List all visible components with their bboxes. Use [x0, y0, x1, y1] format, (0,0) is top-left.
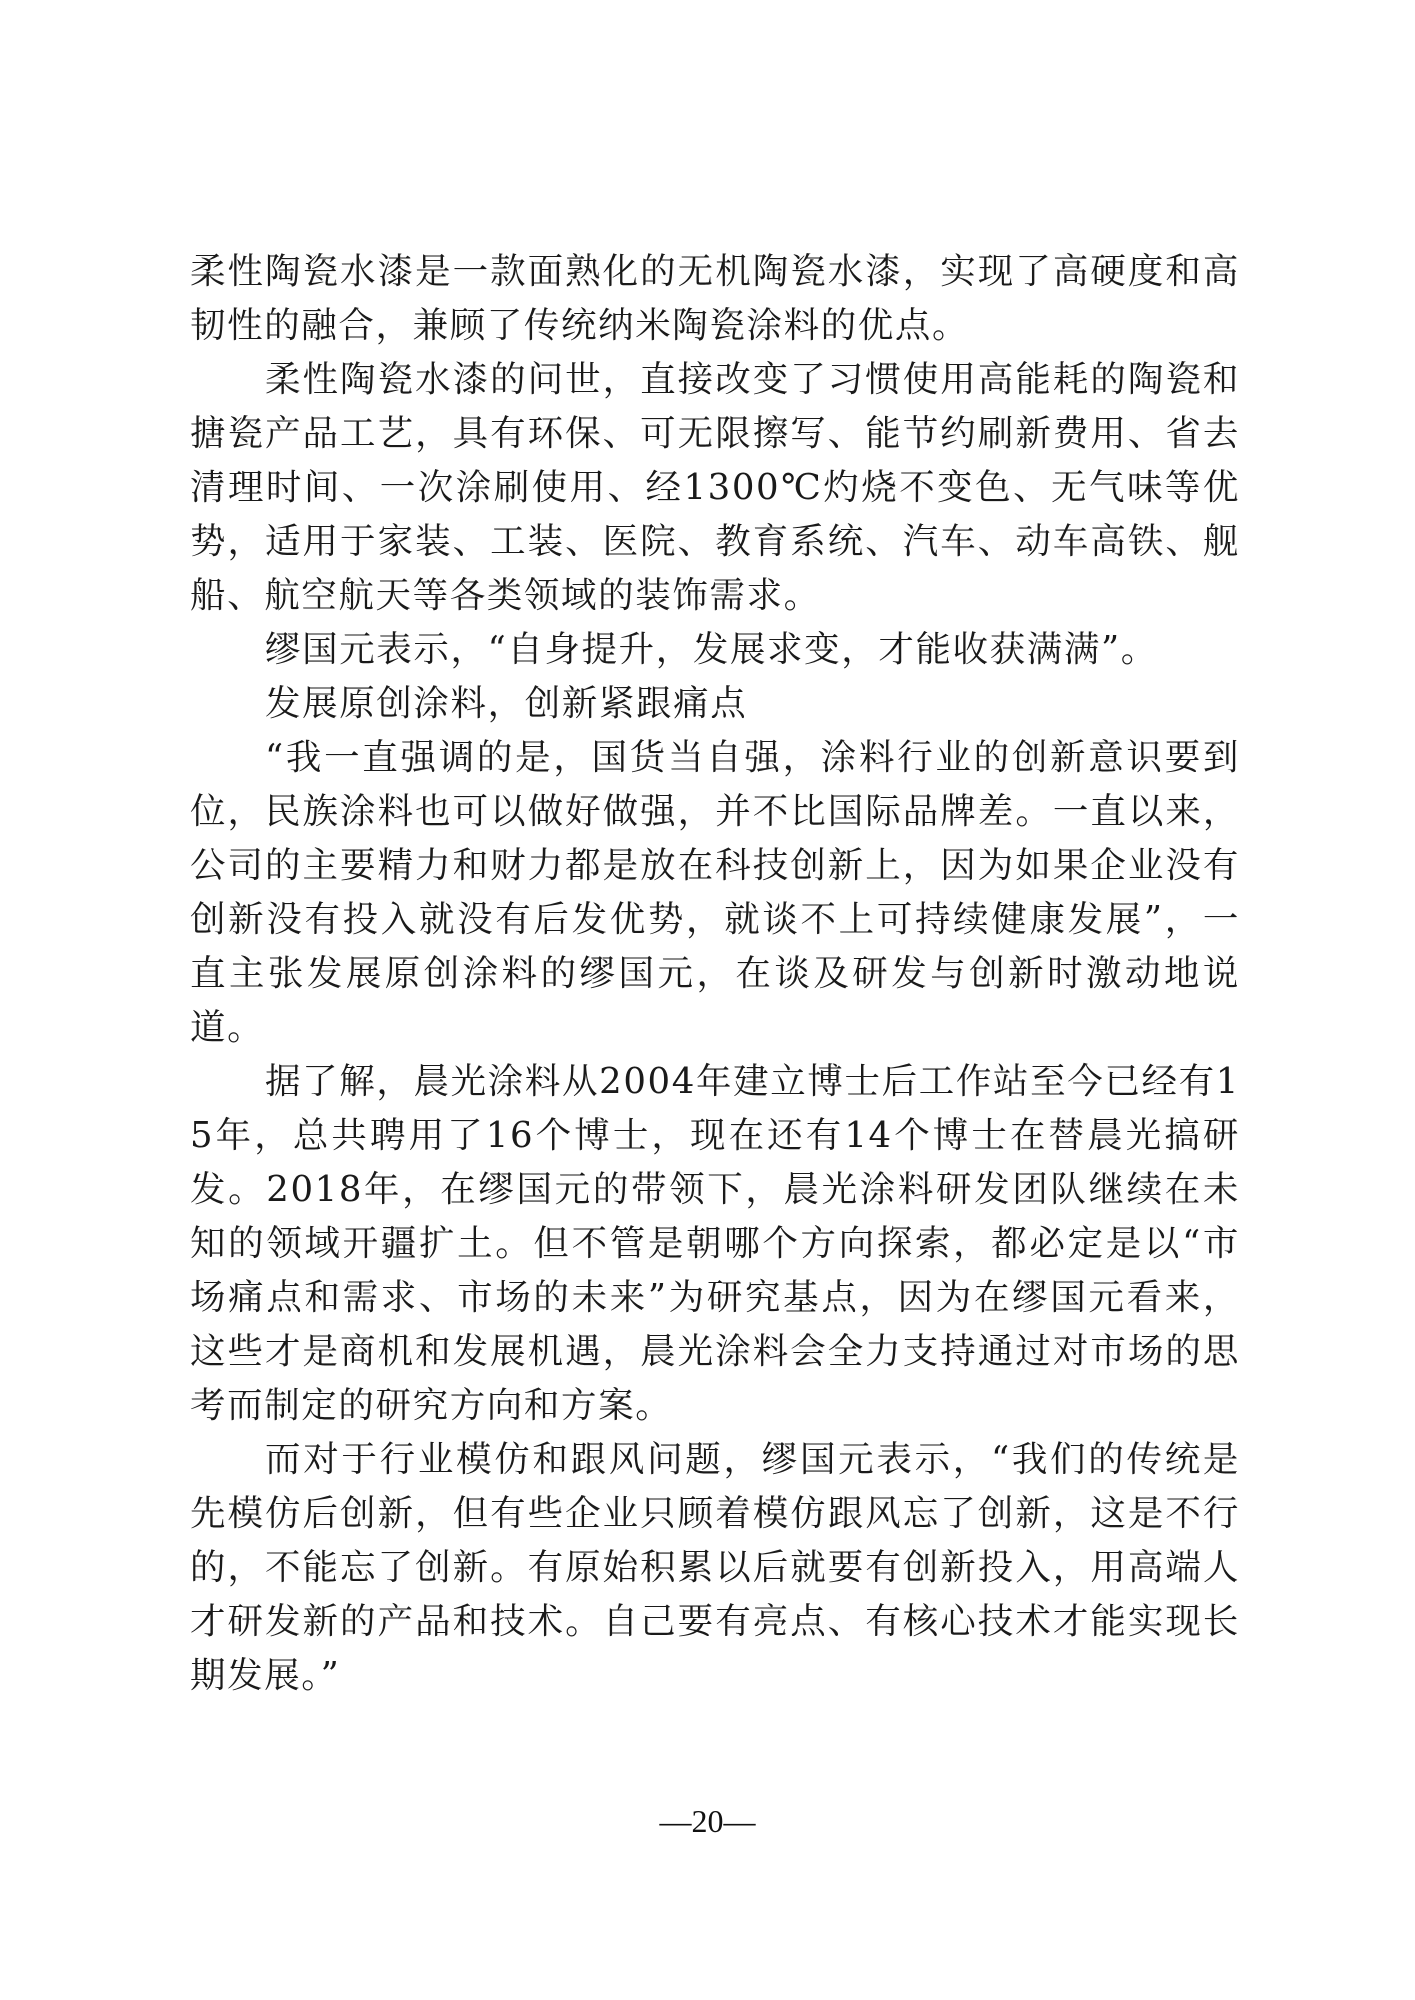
page-number: —20—: [0, 1803, 1415, 1840]
paragraph-1: 柔性陶瓷水漆是一款面熟化的无机陶瓷水漆，实现了高硬度和高韧性的融合，兼顾了传统纳…: [190, 245, 1240, 353]
section-heading: 发展原创涂料，创新紧跟痛点: [190, 677, 1240, 731]
paragraph-3: 缪国元表示，“自身提升，发展求变，才能收获满满”。: [190, 623, 1240, 677]
paragraph-7: 而对于行业模仿和跟风问题，缪国元表示，“我们的传统是先模仿后创新，但有些企业只顾…: [190, 1433, 1240, 1703]
document-body: 柔性陶瓷水漆是一款面熟化的无机陶瓷水漆，实现了高硬度和高韧性的融合，兼顾了传统纳…: [190, 245, 1240, 1703]
paragraph-6: 据了解，晨光涂料从2004年建立博士后工作站至今已经有15年，总共聘用了16个博…: [190, 1055, 1240, 1433]
paragraph-5: “我一直强调的是，国货当自强，涂料行业的创新意识要到位，民族涂料也可以做好做强，…: [190, 731, 1240, 1055]
paragraph-2: 柔性陶瓷水漆的问世，直接改变了习惯使用高能耗的陶瓷和搪瓷产品工艺，具有环保、可无…: [190, 353, 1240, 623]
